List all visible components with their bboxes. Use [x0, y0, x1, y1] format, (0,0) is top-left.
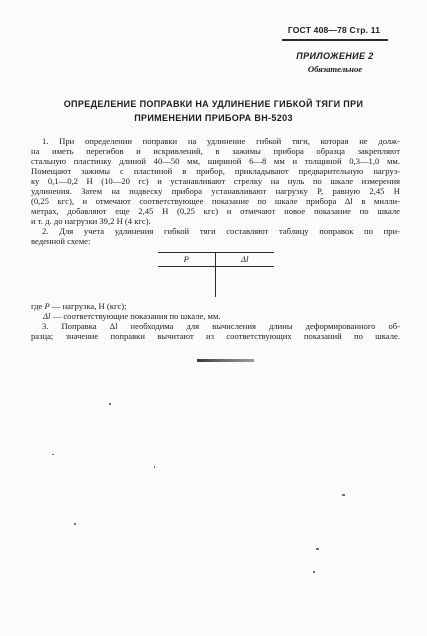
paragraph-1-line: на иметь перегибов и искривлений, в зажи… [31, 146, 400, 156]
paragraph-2-line: веденной схеме: [31, 236, 400, 246]
scan-speck [316, 548, 319, 550]
correction-table-schema: P Δl [158, 252, 274, 297]
scan-speck [313, 571, 315, 573]
schema-column-divider [158, 267, 216, 297]
main-text-column: 1. При определении поправки на удлинение… [31, 136, 400, 341]
paragraph-2: 2. Для учета удлинения гибкой тяги соста… [31, 226, 400, 246]
paragraph-3-line: 3. Поправка Δl необходима для вычисления… [31, 321, 400, 331]
paragraph-2-line: 2. Для учета удлинения гибкой тяги соста… [31, 226, 400, 236]
paragraph-3: 3. Поправка Δl необходима для вычисления… [31, 321, 400, 341]
schema-column-load: P [158, 253, 217, 266]
scan-speck [109, 403, 111, 405]
header-underline-rule [282, 39, 388, 41]
paragraph-1-line: метрах, добавляют еще 2,45 Н (0,25 кгс) … [31, 206, 400, 216]
paragraph-1-line: (0,25 кгс), и отмечают соответствующее п… [31, 196, 400, 206]
legend-line-2: Δl — соответствующие показания по шкале,… [31, 311, 400, 321]
appendix-label: ПРИЛОЖЕНИЕ 2 [276, 51, 394, 61]
gost-standard-page-header: ГОСТ 408—78 Стр. 11 [279, 25, 389, 35]
legend-line-1: где P — нагрузка, Н (кгс); [31, 301, 400, 311]
document-title: ОПРЕДЕЛЕНИЕ ПОПРАВКИ НА УДЛИНЕНИЕ ГИБКОЙ… [20, 98, 407, 125]
schema-header-row: P Δl [158, 252, 274, 267]
paragraph-1-line: удлинения. Затем на подвеску прибора уст… [31, 186, 400, 196]
symbol-legend: где P — нагрузка, Н (кгс); Δl — соответс… [31, 301, 400, 321]
paragraph-1-line: Помещают зажимы с пластиной в прибор, пр… [31, 166, 400, 176]
document-title-line-1: ОПРЕДЕЛЕНИЕ ПОПРАВКИ НА УДЛИНЕНИЕ ГИБКОЙ… [20, 98, 407, 112]
scanned-document-page: ГОСТ 408—78 Стр. 11 ПРИЛОЖЕНИЕ 2 Обязате… [0, 0, 427, 636]
appendix-block: ПРИЛОЖЕНИЕ 2 Обязательное [276, 51, 394, 74]
paragraph-1-line: стальную пластинку длиной 40—50 мм, шири… [31, 156, 400, 166]
schema-column-elongation: Δl [216, 253, 274, 266]
paragraph-1-line: и т. д. до нагрузки 39,2 Н (4 кгс). [31, 216, 400, 226]
legend-line-2-text: — соответствующие показания по шкале, мм… [50, 311, 220, 321]
paragraph-1-line: 1. При определении поправки на удлинение… [31, 136, 400, 146]
appendix-note: Обязательное [276, 64, 394, 74]
scan-speck [342, 494, 345, 496]
scan-artifact-line [197, 359, 254, 362]
paragraph-1: 1. При определении поправки на удлинение… [31, 136, 400, 226]
scan-speck [154, 466, 155, 468]
paragraph-3-line: разца; значение поправки вычитают из соо… [31, 331, 400, 341]
legend-lead: где [31, 301, 44, 311]
paragraph-1-line: ку 0,1—0,2 Н (10—20 гс) и устанавливают … [31, 176, 400, 186]
document-title-line-2: ПРИМЕНЕНИИ ПРИБОРА ВН-5203 [20, 112, 407, 126]
scan-speck [52, 454, 54, 455]
scan-speck [74, 523, 76, 525]
legend-line-1-text: — нагрузка, Н (кгс); [50, 301, 127, 311]
